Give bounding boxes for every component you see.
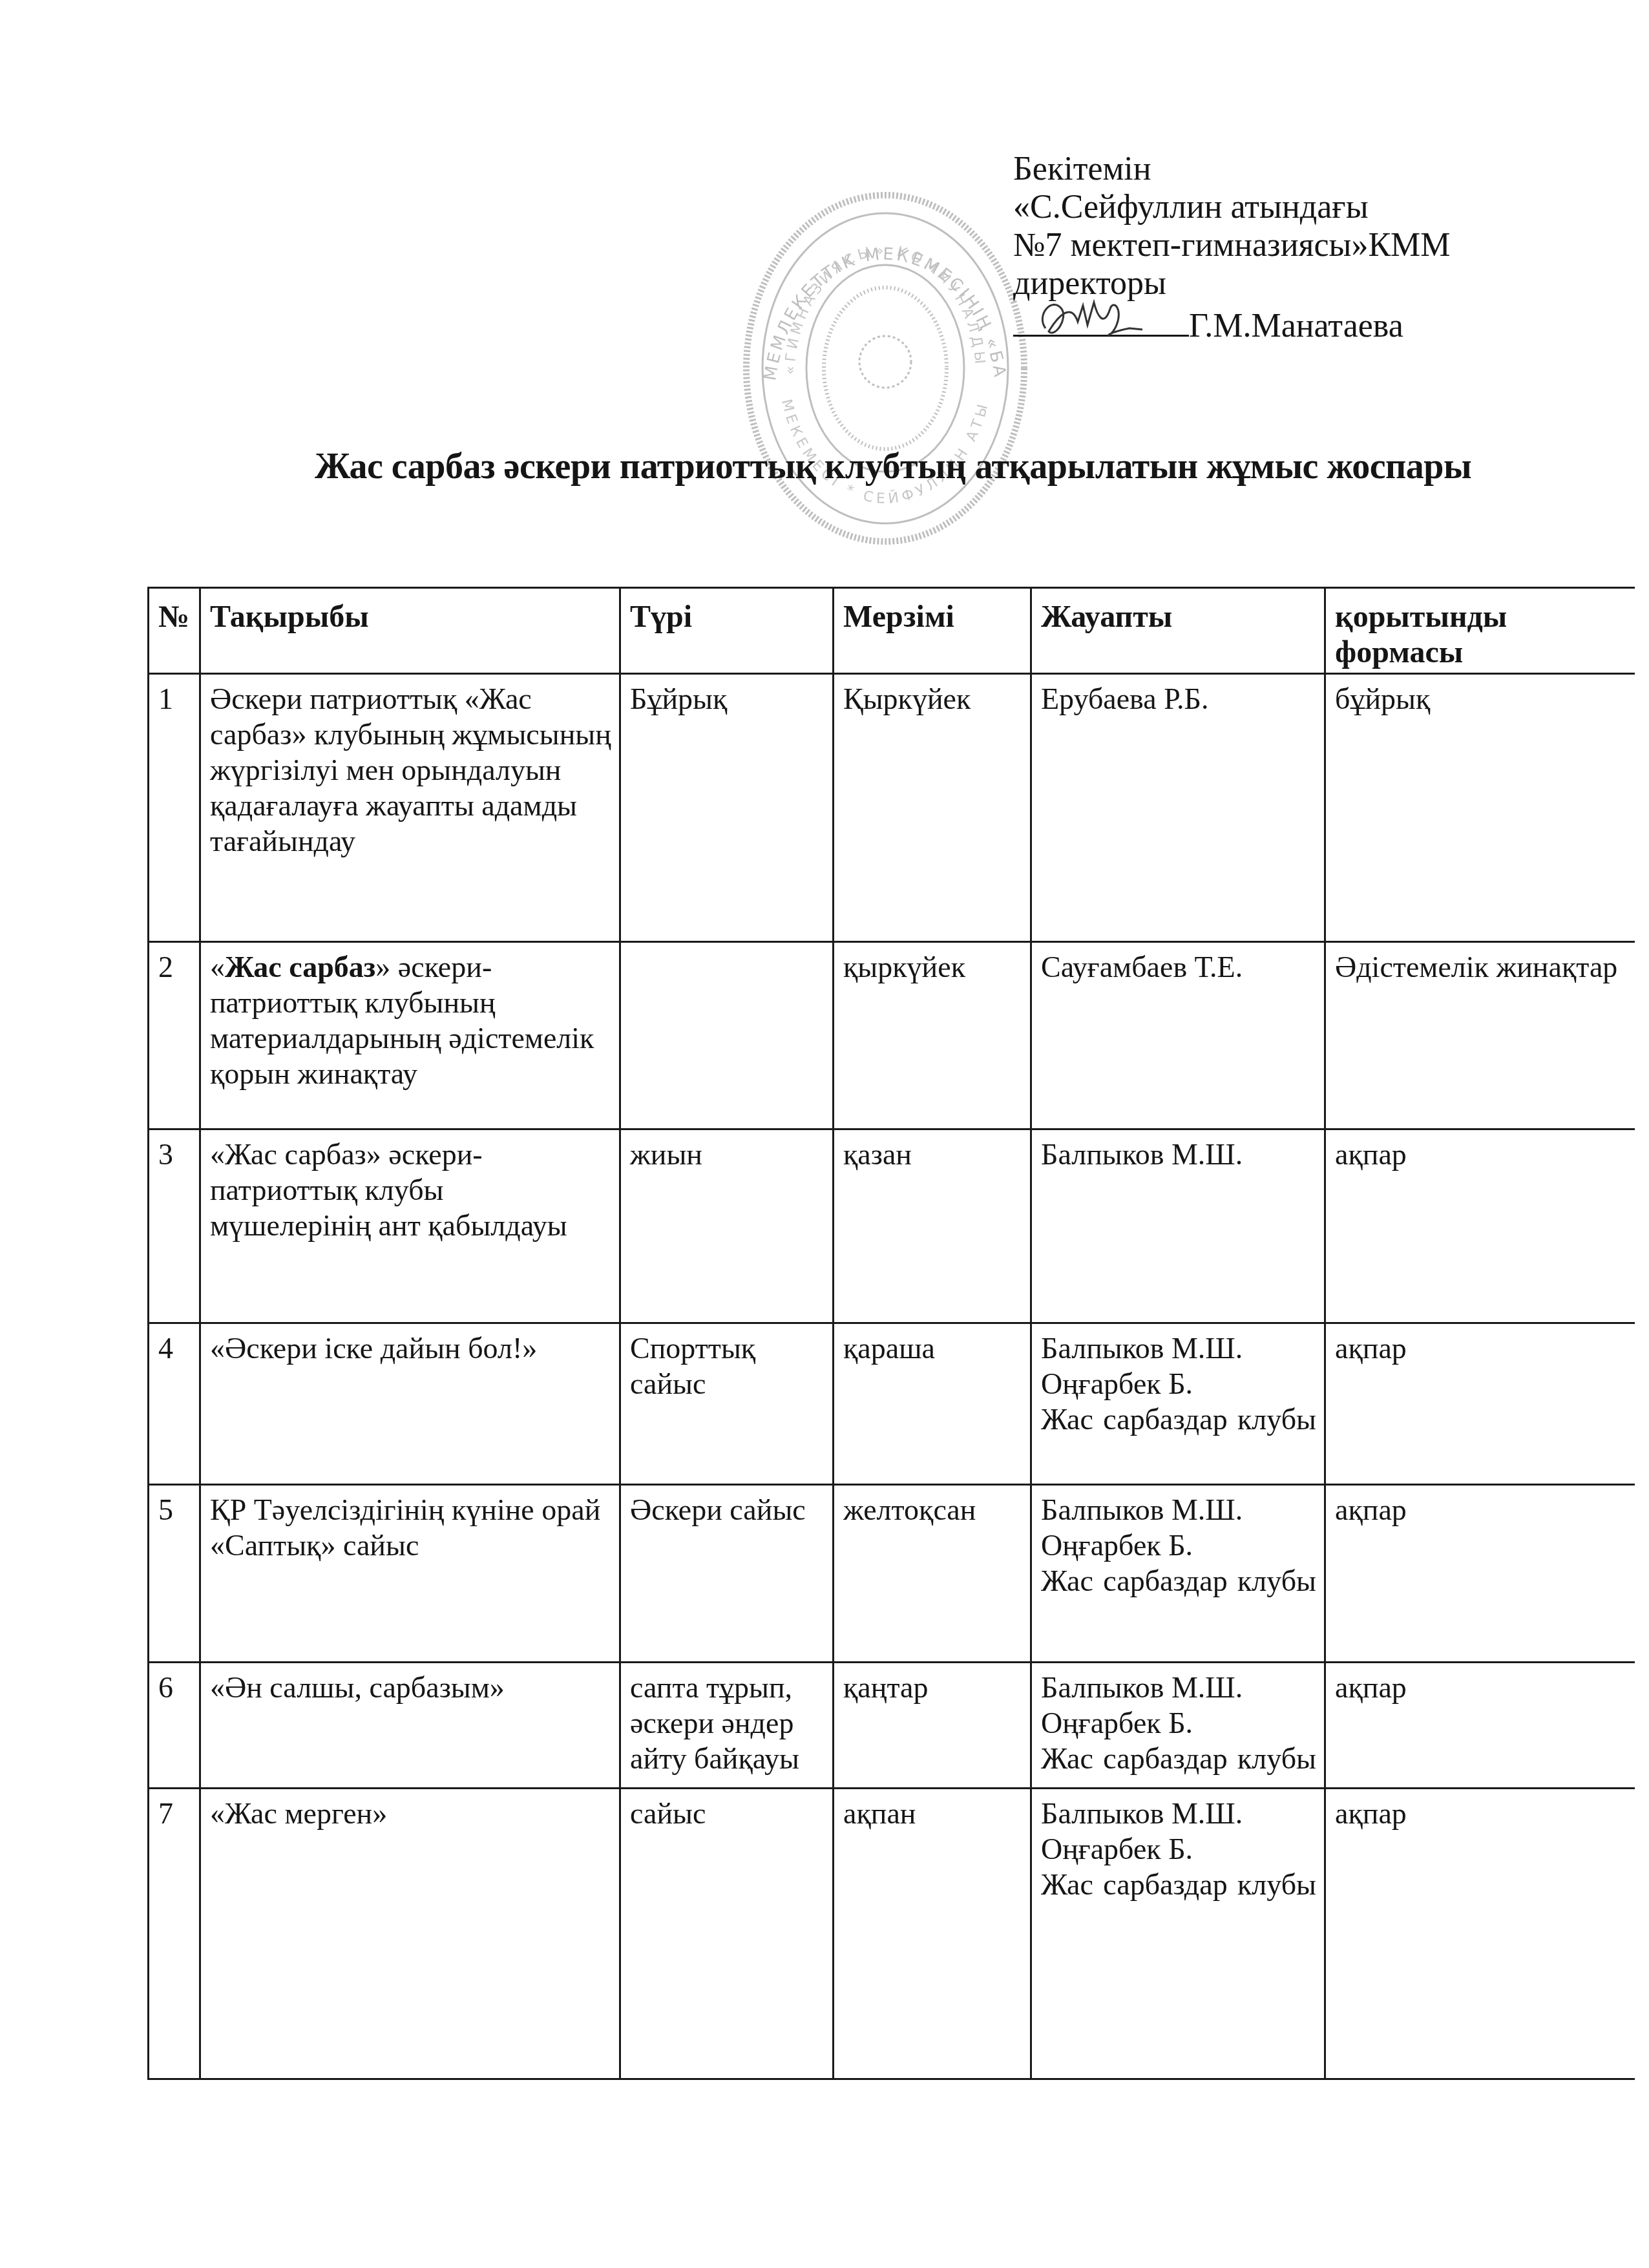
responsible-person: Оңғарбек Б.	[1041, 1705, 1316, 1741]
table-row: 4 «Әскери іске дайын бол!» Спорттық сайы…	[149, 1323, 1635, 1485]
svg-text:МЕМЛЕКЕТТІК МЕКЕМЕСІНІҢ «БАЛАЛ: МЕМЛЕКЕТТІК МЕКЕМЕСІНІҢ «БАЛАЛАР ҮЙІ» ..…	[737, 187, 1010, 382]
header-responsible: Жауапты	[1031, 588, 1325, 674]
row-topic: «Әскери іске дайын бол!»	[200, 1323, 620, 1485]
row-responsible: Ерубаева Р.Б.	[1031, 674, 1325, 942]
row-term: қазан	[834, 1129, 1031, 1323]
row-type: Спорттық сайыс	[620, 1323, 834, 1485]
row-responsible: Сауғамбаев Т.Е.	[1031, 942, 1325, 1129]
row-result-form: ақпар	[1325, 1663, 1635, 1789]
row-responsible: Балпыков М.Ш. Оңғарбек Б. Жас сарбаздар …	[1031, 1323, 1325, 1485]
header-topic: Тақырыбы	[200, 588, 620, 674]
row-result-form: ақпар	[1325, 1323, 1635, 1485]
row-number: 6	[149, 1663, 200, 1789]
row-type: сапта тұрып, әскери әндер айту байқауы	[620, 1663, 834, 1789]
row-result-form: ақпар	[1325, 1485, 1635, 1663]
row-number: 7	[149, 1789, 200, 2079]
responsible-person: Оңғарбек Б.	[1041, 1831, 1316, 1867]
responsible-person: Балпыков М.Ш.	[1041, 1492, 1316, 1528]
table-row: 2 «Жас сарбаз» әскери-патриоттық клубыны…	[149, 942, 1635, 1129]
row-term: қаңтар	[834, 1663, 1031, 1789]
row-term: қыркүйек	[834, 942, 1031, 1129]
header-type: Түрі	[620, 588, 834, 674]
row-number: 5	[149, 1485, 200, 1663]
handwritten-signature-icon	[1033, 289, 1149, 348]
responsible-person: Ерубаева Р.Б.	[1041, 681, 1316, 717]
row-result-form: бұйрық	[1325, 674, 1635, 942]
row-topic: «Жас мерген»	[200, 1789, 620, 2079]
topic-quote-open: «	[210, 950, 225, 983]
work-plan-table: № Тақырыбы Түрі Мерзімі Жауапты қорытынд…	[147, 587, 1635, 2080]
row-topic: ҚР Тәуелсіздігінің күніне орай «Саптық» …	[200, 1485, 620, 1663]
row-number: 2	[149, 942, 200, 1129]
table-row: 5 ҚР Тәуелсіздігінің күніне орай «Саптық…	[149, 1485, 1635, 1663]
header-result-form: қорытынды формасы	[1325, 588, 1635, 674]
table-row: 3 «Жас сарбаз» әскери-патриоттық клубы м…	[149, 1129, 1635, 1323]
row-responsible: Балпыков М.Ш. Оңғарбек Б. Жас сарбаздар …	[1031, 1789, 1325, 2079]
approval-school-name-cont: №7 мектеп-гимназиясы»КММ	[1013, 226, 1451, 264]
table-row: 7 «Жас мерген» сайыс ақпан Балпыков М.Ш.…	[149, 1789, 1635, 2079]
row-term: ақпан	[834, 1789, 1031, 2079]
responsible-group: Жас сарбаздар клубы	[1041, 1402, 1316, 1437]
row-type: жиын	[620, 1129, 834, 1323]
row-responsible: Балпыков М.Ш. Оңғарбек Б. Жас сарбаздар …	[1031, 1663, 1325, 1789]
responsible-person: Балпыков М.Ш.	[1041, 1670, 1316, 1705]
row-responsible: Балпыков М.Ш.	[1031, 1129, 1325, 1323]
row-result-form: ақпар	[1325, 1789, 1635, 2079]
official-stamp: МЕМЛЕКЕТТІК МЕКЕМЕСІНІҢ «БАЛАЛАР ҮЙІ» ..…	[737, 187, 1034, 549]
approval-label: Бекітемін	[1013, 150, 1451, 188]
row-term: желтоқсан	[834, 1485, 1031, 1663]
row-number: 3	[149, 1129, 200, 1323]
responsible-person: Оңғарбек Б.	[1041, 1366, 1316, 1402]
row-topic: «Жас сарбаз» әскери-патриоттық клубы мүш…	[200, 1129, 620, 1323]
responsible-group: Жас сарбаздар клубы	[1041, 1741, 1316, 1776]
row-topic: Әскери патриоттық «Жас сарбаз» клубының …	[200, 674, 620, 942]
row-type	[620, 942, 834, 1129]
row-type: Бұйрық	[620, 674, 834, 942]
approval-block: Бекітемін «С.Сейфуллин атындағы №7 мекте…	[1013, 150, 1451, 345]
row-topic: «Ән салшы, сарбазым»	[200, 1663, 620, 1789]
table-header-row: № Тақырыбы Түрі Мерзімі Жауапты қорытынд…	[149, 588, 1635, 674]
row-type: Әскери сайыс	[620, 1485, 834, 1663]
table-row: 1 Әскери патриоттық «Жас сарбаз» клубыны…	[149, 674, 1635, 942]
responsible-group: Жас сарбаздар клубы	[1041, 1563, 1316, 1599]
header-term: Мерзімі	[834, 588, 1031, 674]
approval-signature-line: Г.М.Манатаева	[1013, 302, 1451, 345]
header-number: №	[149, 588, 200, 674]
row-number: 1	[149, 674, 200, 942]
responsible-person: Оңғарбек Б.	[1041, 1528, 1316, 1563]
row-result-form: ақпар	[1325, 1129, 1635, 1323]
row-type: сайыс	[620, 1789, 834, 2079]
signature-field	[1013, 302, 1189, 337]
document-title: Жас сарбаз әскери патриоттық клубтың атқ…	[315, 446, 1471, 487]
responsible-group: Жас сарбаздар клубы	[1041, 1867, 1316, 1902]
signer-name: Г.М.Манатаева	[1189, 308, 1403, 344]
row-number: 4	[149, 1323, 200, 1485]
row-topic: «Жас сарбаз» әскери-патриоттық клубының …	[200, 942, 620, 1129]
topic-club-name: Жас сарбаз	[225, 950, 375, 983]
row-term: қараша	[834, 1323, 1031, 1485]
row-term: Қыркүйек	[834, 674, 1031, 942]
responsible-person: Сауғамбаев Т.Е.	[1041, 949, 1316, 985]
responsible-person: Балпыков М.Ш.	[1041, 1330, 1316, 1366]
responsible-person: Балпыков М.Ш.	[1041, 1796, 1316, 1831]
responsible-person: Балпыков М.Ш.	[1041, 1137, 1316, 1172]
table-row: 6 «Ән салшы, сарбазым» сапта тұрып, әске…	[149, 1663, 1635, 1789]
approval-school-name: «С.Сейфуллин атындағы	[1013, 188, 1451, 226]
row-result-form: Әдістемелік жинақтар	[1325, 942, 1635, 1129]
row-responsible: Балпыков М.Ш. Оңғарбек Б. Жас сарбаздар …	[1031, 1485, 1325, 1663]
